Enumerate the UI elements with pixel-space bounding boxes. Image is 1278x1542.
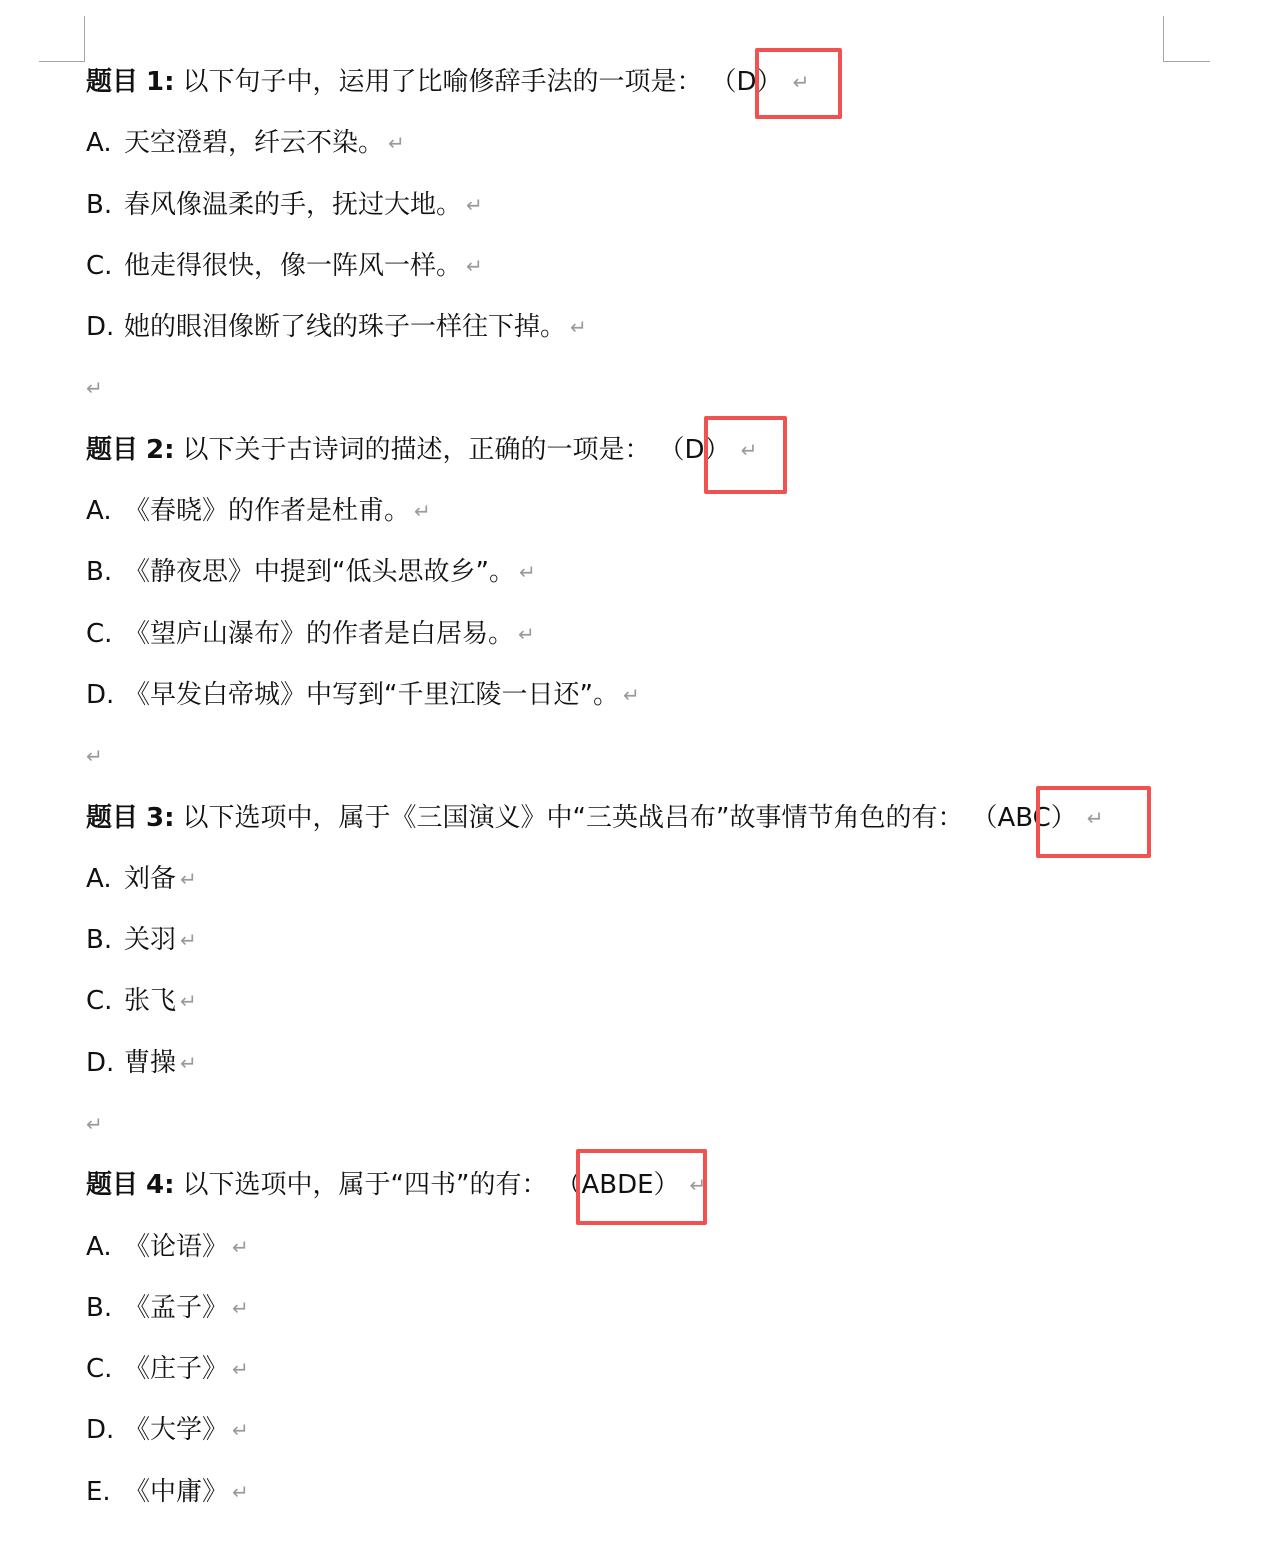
option-text: 《望庐山瀑布》的作者是白居易。 [124,619,514,649]
paragraph-mark-icon: ↵ [180,1051,197,1075]
question-colon: : [164,1170,174,1200]
question-text: 以下选项中，属于《三国演义》中“三英战吕布”故事情节角色的有： [183,803,964,833]
question-4-option-a: A.《论语》↵ [86,1227,249,1267]
question-label: 题目 [86,1170,138,1200]
option-text: 《庄子》 [124,1354,228,1384]
answer-text: （D） [703,62,789,102]
option-letter: A. [86,123,124,163]
option-letter: C. [86,614,124,654]
question-text: 以下选项中，属于“四书”的有： [183,1170,548,1200]
option-text: 《论语》 [124,1232,228,1262]
question-number: 1 [146,67,164,97]
question-4-option-e: E.《中庸》↵ [86,1472,249,1512]
paragraph-mark-icon: ↵ [180,928,197,952]
option-letter: B. [86,552,124,592]
option-text: 《静夜思》中提到“低头思故乡”。 [124,557,515,587]
option-letter: E. [86,1472,124,1512]
empty-paragraph: ↵ [86,735,103,775]
option-letter: A. [86,491,124,531]
paragraph-mark-icon: ↵ [690,1173,707,1197]
question-colon: : [164,67,174,97]
question-1-option-d: D.她的眼泪像断了线的珠子一样往下掉。↵ [86,307,587,347]
option-letter: B. [86,185,124,225]
option-text: 张飞 [124,986,176,1016]
page-corner-mark-top-left [39,16,85,62]
paragraph-mark-icon: ↵ [623,683,640,707]
question-4-stem: 题目4:以下选项中，属于“四书”的有：（ABDE）↵ [86,1165,706,1205]
question-1-option-a: A.天空澄碧，纤云不染。↵ [86,123,405,163]
paragraph-mark-icon: ↵ [180,867,197,891]
paragraph-mark-icon: ↵ [466,254,483,278]
question-label: 题目 [86,803,138,833]
question-3-option-d: D.曹操↵ [86,1043,197,1083]
question-colon: : [164,435,174,465]
option-text: 曹操 [124,1048,176,1078]
paragraph-mark-icon: ↵ [519,560,536,584]
question-4-option-c: C.《庄子》↵ [86,1349,249,1389]
option-text: 《孟子》 [124,1293,228,1323]
page-corner-mark-top-right [1163,16,1210,62]
paragraph-mark-icon: ↵ [232,1296,249,1320]
option-text: 他走得很快，像一阵风一样。 [124,251,462,281]
question-number: 2 [146,435,164,465]
option-letter: D. [86,675,124,715]
paragraph-mark-icon: ↵ [232,1480,249,1504]
option-letter: C. [86,1349,124,1389]
option-letter: D. [86,307,124,347]
question-label: 题目 [86,67,138,97]
option-letter: B. [86,920,124,960]
paragraph-mark-icon: ↵ [232,1418,249,1442]
question-3-option-a: A.刘备↵ [86,859,197,899]
question-2-option-a: A.《春晓》的作者是杜甫。↵ [86,491,431,531]
question-3-option-b: B.关羽↵ [86,920,197,960]
option-letter: A. [86,859,124,899]
empty-paragraph: ↵ [86,1103,103,1143]
paragraph-mark-icon: ↵ [232,1357,249,1381]
empty-paragraph: ↵ [86,367,103,407]
question-2-stem: 题目2:以下关于古诗词的描述，正确的一项是：（D）↵ [86,430,757,470]
question-number: 3 [146,803,164,833]
option-text: 《大学》 [124,1415,228,1445]
option-letter: A. [86,1227,124,1267]
option-letter: C. [86,981,124,1021]
question-text: 以下关于古诗词的描述，正确的一项是： [183,435,651,465]
option-text: 春风像温柔的手，抚过大地。 [124,190,462,220]
question-text: 以下句子中，运用了比喻修辞手法的一项是： [183,67,703,97]
paragraph-mark-icon: ↵ [793,70,810,94]
option-text: 天空澄碧，纤云不染。 [124,128,384,158]
question-2-option-c: C.《望庐山瀑布》的作者是白居易。↵ [86,614,535,654]
paragraph-mark-icon: ↵ [232,1235,249,1259]
paragraph-mark-icon: ↵ [388,131,405,155]
option-letter: D. [86,1410,124,1450]
paragraph-mark-icon: ↵ [741,438,758,462]
paragraph-mark-icon: ↵ [86,1112,103,1136]
question-colon: : [164,803,174,833]
question-label: 题目 [86,435,138,465]
paragraph-mark-icon: ↵ [414,499,431,523]
question-3-option-c: C.张飞↵ [86,981,197,1021]
answer-text: （ABC） [963,798,1082,838]
option-text: 《早发白帝城》中写到“千里江陵一日还”。 [124,680,619,710]
question-3-stem: 题目3:以下选项中，属于《三国演义》中“三英战吕布”故事情节角色的有：（ABC）… [86,798,1104,838]
question-number: 4 [146,1170,164,1200]
paragraph-mark-icon: ↵ [518,622,535,646]
paragraph-mark-icon: ↵ [86,376,103,400]
question-4-option-d: D.《大学》↵ [86,1410,249,1450]
paragraph-mark-icon: ↵ [466,193,483,217]
option-text: 关羽 [124,925,176,955]
option-letter: C. [86,246,124,286]
option-letter: B. [86,1288,124,1328]
question-1-stem: 题目1:以下句子中，运用了比喻修辞手法的一项是：（D）↵ [86,62,809,102]
option-letter: D. [86,1043,124,1083]
option-text: 刘备 [124,864,176,894]
question-4-option-b: B.《孟子》↵ [86,1288,249,1328]
paragraph-mark-icon: ↵ [1087,806,1104,830]
question-1-option-b: B.春风像温柔的手，抚过大地。↵ [86,185,483,225]
option-text: 《中庸》 [124,1477,228,1507]
answer-text: （ABDE） [547,1165,685,1205]
question-2-option-b: B.《静夜思》中提到“低头思故乡”。↵ [86,552,536,592]
paragraph-mark-icon: ↵ [180,989,197,1013]
option-text: 《春晓》的作者是杜甫。 [124,496,410,526]
option-text: 她的眼泪像断了线的珠子一样往下掉。 [124,312,566,342]
paragraph-mark-icon: ↵ [570,315,587,339]
answer-text: （D） [651,430,737,470]
paragraph-mark-icon: ↵ [86,744,103,768]
question-2-option-d: D.《早发白帝城》中写到“千里江陵一日还”。↵ [86,675,640,715]
question-1-option-c: C.他走得很快，像一阵风一样。↵ [86,246,483,286]
